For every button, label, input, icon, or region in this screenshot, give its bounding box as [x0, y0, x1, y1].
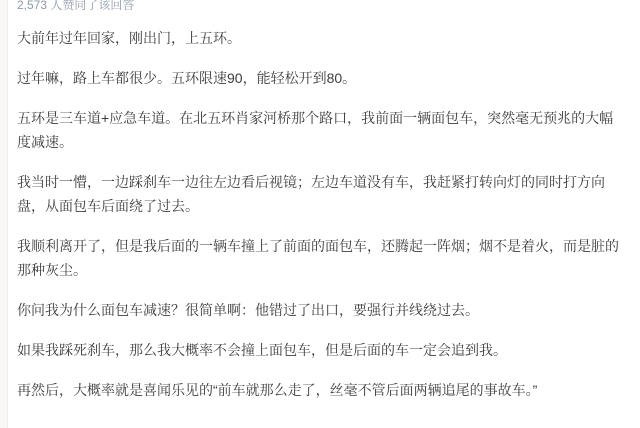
answer-paragraph: 你问我为什么面包车减速？很简单啊：他错过了出口，要强行并线绕过去。 — [17, 298, 619, 322]
answer-paragraph: 我顺利离开了，但是我后面的一辆车撞上了前面的面包车，还腾起一阵烟；烟不是着火，而… — [17, 234, 619, 282]
answer-paragraph: 再然后，大概率就是喜闻乐见的“前车就那么走了，丝毫不管后面两辆追尾的事故车。” — [17, 378, 619, 402]
answer-body: 2,573 人赞同了该回答 大前年过年回家，刚出门，上五环。 过年嘛，路上车都很… — [0, 0, 640, 402]
answer-paragraph: 我当时一懵，一边踩刹车一边往左边看后视镜；左边车道没有车，我赶紧打转向灯的同时打… — [17, 170, 619, 218]
answer-paragraph: 过年嘛，路上车都很少。五环限速90，能轻松开到80。 — [17, 66, 619, 90]
answer-paragraph: 大前年过年回家，刚出门，上五环。 — [17, 26, 619, 50]
answer-paragraph: 五环是三车道+应急车道。在北五环肖家河桥那个路口，我前面一辆面包车，突然毫无预兆… — [17, 106, 619, 154]
answer-paragraph: 如果我踩死刹车，那么我大概率不会撞上面包车，但是后面的车一定会追到我。 — [17, 338, 619, 362]
upvote-count-meta: 2,573 人赞同了该回答 — [17, 0, 619, 14]
